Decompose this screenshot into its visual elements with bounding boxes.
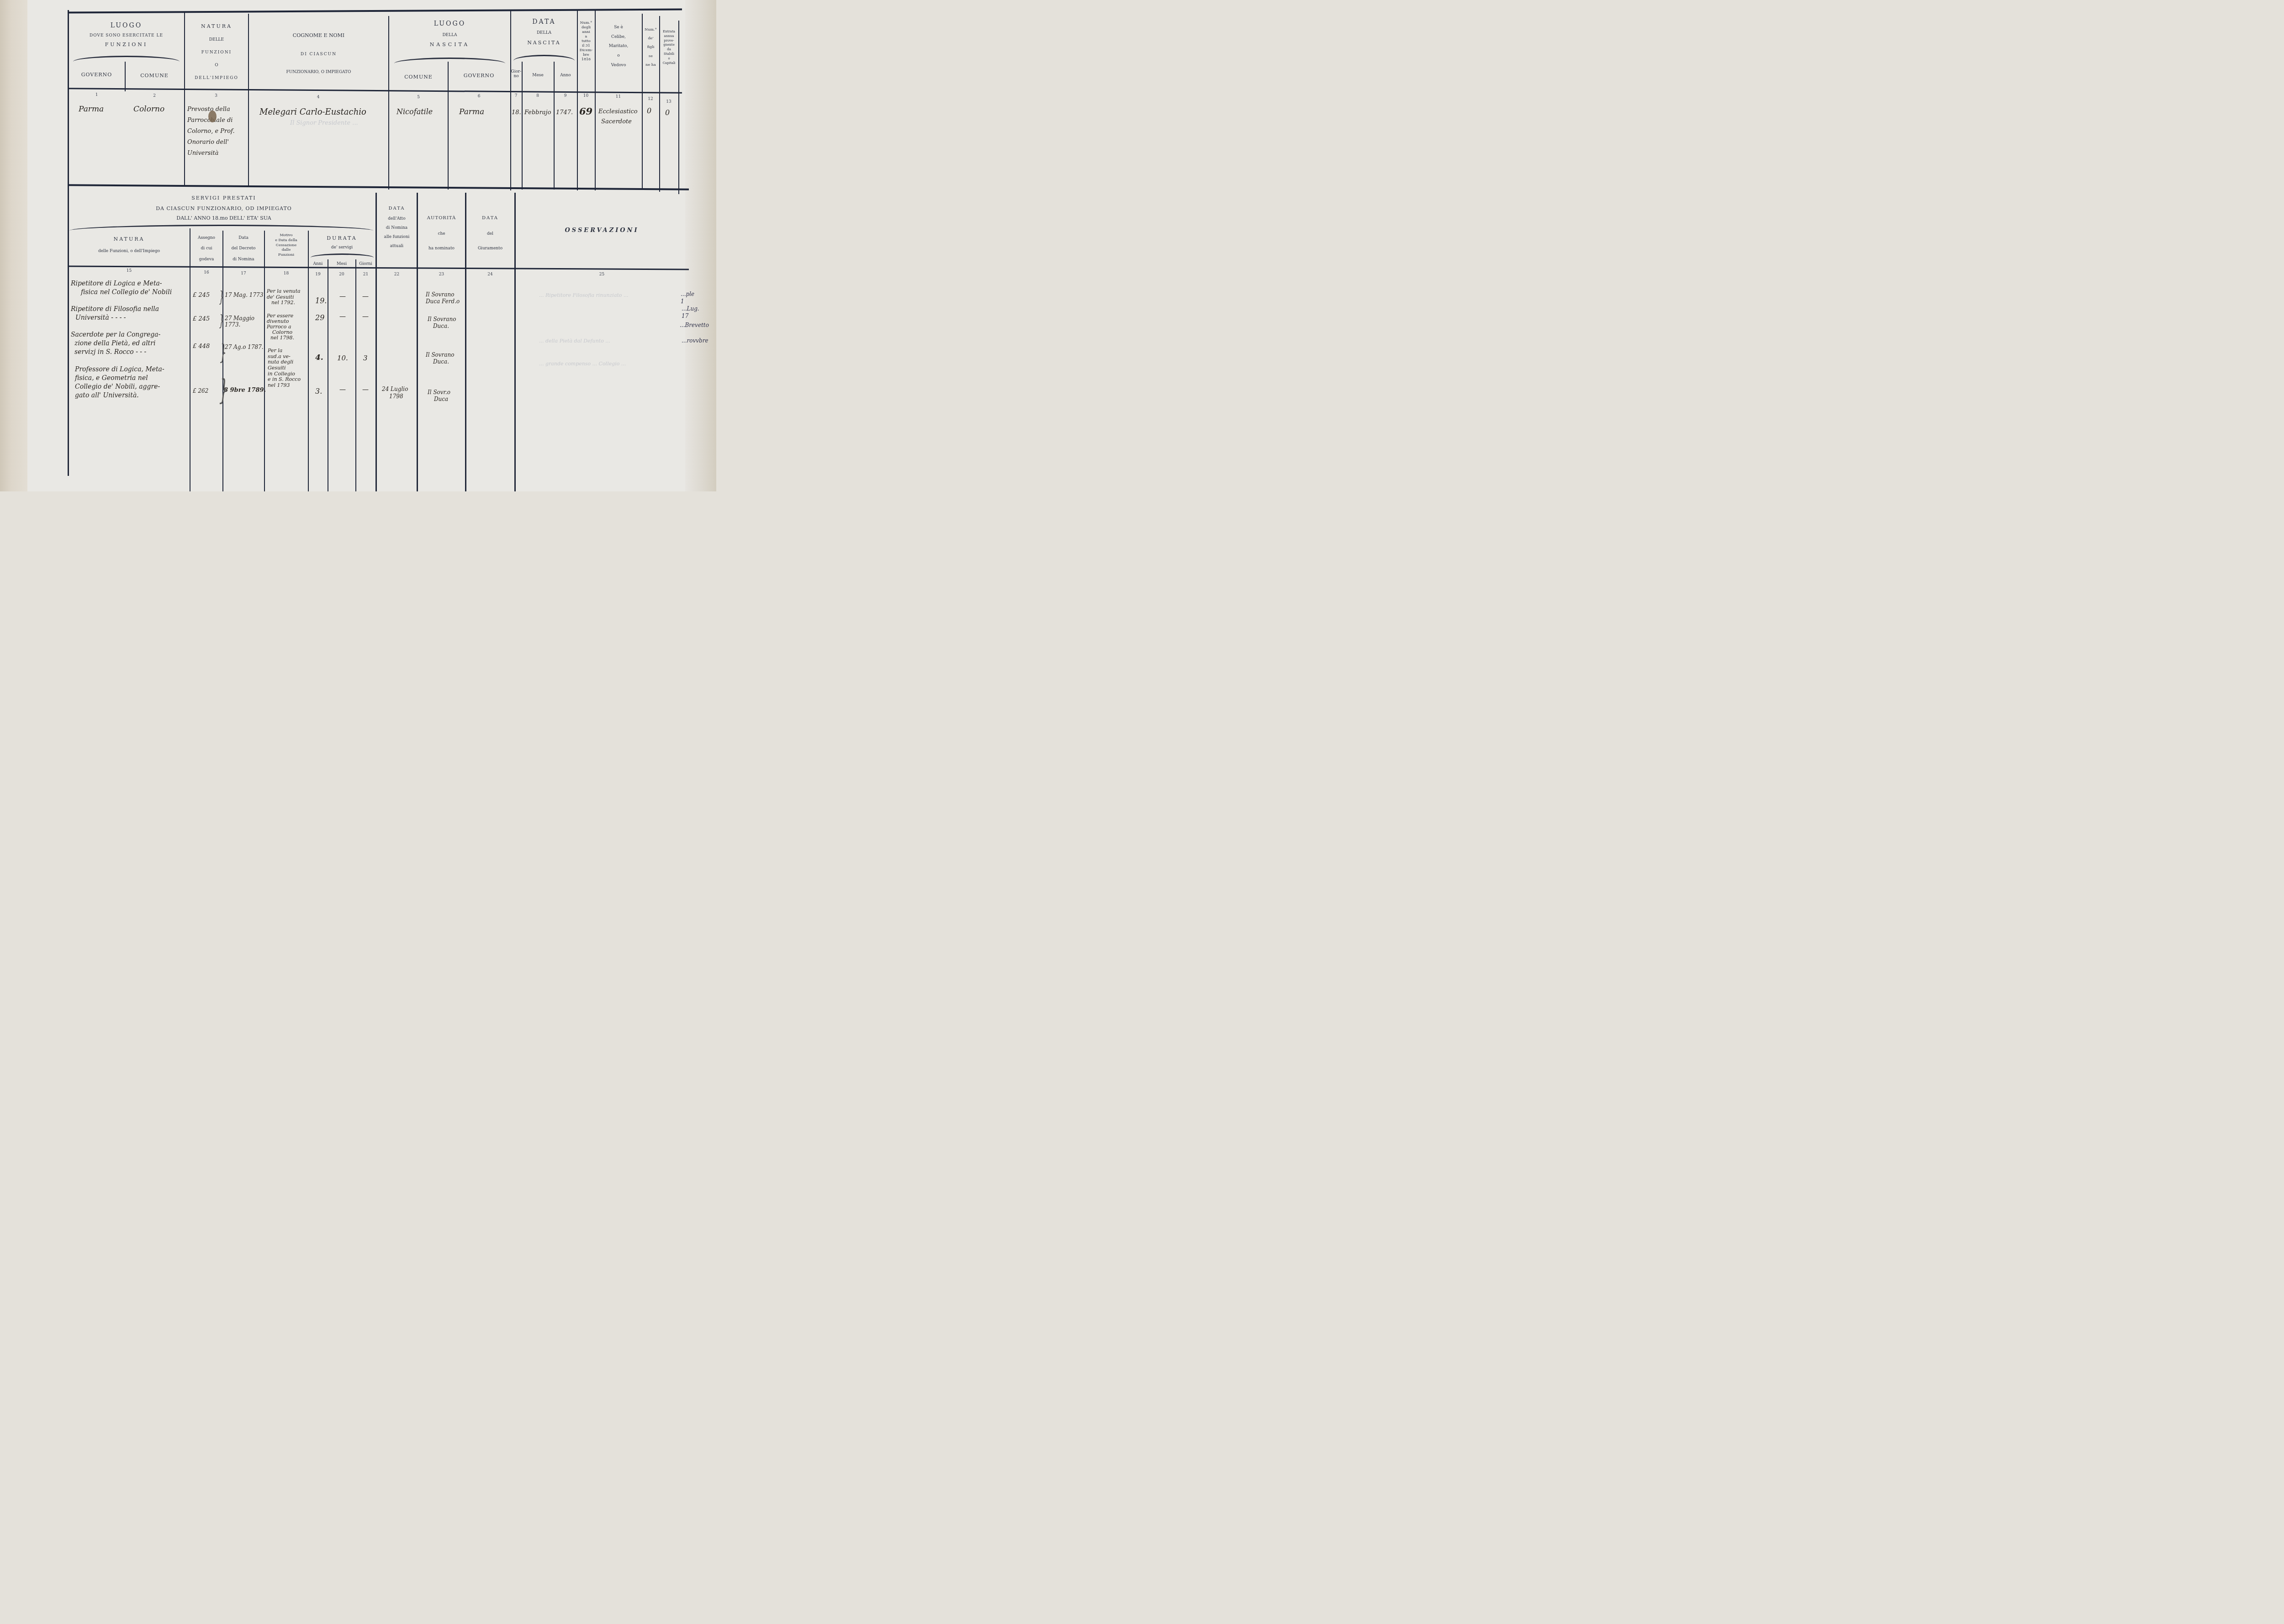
line: ne ha bbox=[642, 60, 659, 69]
entry-entrata: 0 bbox=[665, 108, 670, 118]
divider bbox=[264, 231, 265, 491]
header-num-anni: Num.° degli anni a tutto il 31 Dicem- br… bbox=[577, 21, 595, 62]
line: Maritato, bbox=[595, 42, 642, 51]
header-giorno: Gior-no bbox=[511, 69, 522, 79]
service-row-3-assegno: £ 448 bbox=[193, 343, 210, 351]
line: Il Sovrano bbox=[426, 291, 460, 298]
header-natura-l4: O bbox=[185, 63, 248, 68]
col-number: 18 bbox=[264, 271, 308, 276]
divider bbox=[190, 228, 190, 491]
line: Data bbox=[223, 233, 264, 243]
line: da bbox=[660, 47, 678, 52]
line: DATA bbox=[377, 204, 417, 214]
header-funzioni: FUNZIONI bbox=[69, 42, 184, 48]
service-row-3-autorita: Il Sovrano Duca. bbox=[426, 352, 454, 365]
line: godeva bbox=[190, 254, 222, 265]
header-autorita: AUTORITÀ che ha nominato bbox=[418, 210, 465, 256]
header-assegno: Assegno di cui godeva bbox=[190, 233, 222, 265]
service-row-4-mesi: — bbox=[339, 385, 346, 394]
line: nel 1793 bbox=[268, 383, 301, 389]
header-giorni: Giorni bbox=[356, 262, 375, 266]
line: Duca. bbox=[426, 359, 454, 365]
line: 1816 bbox=[577, 57, 595, 62]
entry-giorno: 18. bbox=[512, 109, 521, 117]
line: Duca bbox=[428, 396, 450, 403]
line: Per la bbox=[268, 348, 301, 354]
line: attuali bbox=[377, 242, 417, 251]
line: Se è bbox=[595, 23, 642, 32]
service-row-4-data: 8 9bre 1789. bbox=[224, 386, 266, 395]
header-mesi: Mesi bbox=[328, 262, 355, 266]
line: nel 1798. bbox=[267, 335, 294, 341]
line: Sacerdote per la Congrega- bbox=[71, 331, 160, 339]
divider bbox=[510, 10, 511, 190]
service-row-2-anni: 29 bbox=[315, 313, 324, 323]
col-number: 23 bbox=[418, 272, 465, 277]
line: Università bbox=[187, 148, 235, 159]
header-governo-nascita: GOVERNO bbox=[448, 73, 510, 79]
entry-governo: Parma bbox=[79, 104, 104, 115]
line: nel 1792. bbox=[267, 300, 301, 306]
header-osservazioni: OSSERVAZIONI bbox=[516, 227, 687, 234]
service-row-3-motivo: Per la sud.a ve- nuta degli Gesuiti in C… bbox=[268, 348, 301, 388]
header-mese: Mese bbox=[522, 73, 554, 78]
line: gato all' Università. bbox=[75, 391, 164, 400]
service-row-4-natura: Professore di Logica, Meta- fisica, e Ge… bbox=[75, 365, 164, 400]
header-cognome: COGNOME E NOMI bbox=[249, 33, 388, 39]
entry-eta: 69 bbox=[579, 105, 592, 118]
service-row-1-giorni: — bbox=[362, 292, 369, 301]
header-luogo-nascita-l2: DELLA bbox=[389, 33, 510, 37]
service-row-1-data: 17 Mag. 1773 bbox=[225, 291, 263, 299]
line: Vedovo bbox=[595, 61, 642, 70]
service-row-4-anni: 3. bbox=[315, 386, 322, 396]
line: ha nominato bbox=[418, 241, 465, 256]
line: Università - - - - bbox=[71, 314, 159, 322]
line: a bbox=[577, 34, 595, 39]
line: che bbox=[418, 227, 465, 241]
entry-stato: Ecclesiastico Sacerdote bbox=[598, 107, 638, 127]
header-data-nascita-l3: NASCITA bbox=[511, 40, 577, 46]
header-servigi: SERVIGI PRESTATI bbox=[105, 195, 343, 201]
divider bbox=[678, 21, 679, 194]
col-number: 6 bbox=[448, 94, 510, 99]
line: Professore di Logica, Meta- bbox=[75, 365, 164, 374]
line: annua bbox=[660, 34, 678, 39]
header-durata-sub: de' servigi bbox=[308, 245, 375, 250]
line: Per la venuta bbox=[267, 289, 301, 295]
col-number: 15 bbox=[69, 269, 190, 273]
divider bbox=[308, 231, 309, 491]
line: Ripetitore di Logica e Meta- bbox=[71, 279, 172, 288]
line: tutto bbox=[577, 39, 595, 43]
service-row-2-mesi: — bbox=[339, 312, 346, 321]
line: fisica, e Geometria nel bbox=[75, 374, 164, 383]
line: Stabili bbox=[660, 52, 678, 57]
line: 24 Luglio bbox=[382, 386, 408, 393]
line: del Decreto bbox=[223, 243, 264, 254]
service-row-1-motivo: Per la venuta de' Gesuiti nel 1792. bbox=[267, 289, 301, 306]
brace-ornament bbox=[311, 253, 374, 258]
divider bbox=[355, 259, 356, 491]
header-luogo: LUOGO bbox=[69, 22, 184, 29]
brace-ornament bbox=[69, 225, 373, 231]
line: Cessazione bbox=[264, 243, 308, 248]
line: de' bbox=[642, 34, 659, 42]
col-number: 12 bbox=[642, 97, 659, 101]
header-cognome-l3: FUNZIONARIO, O IMPIEGATO bbox=[249, 70, 388, 74]
service-row-4-data-atto: 24 Luglio 1798 bbox=[382, 386, 408, 400]
upper-top-border bbox=[68, 8, 682, 13]
col-number: 5 bbox=[389, 95, 448, 100]
service-row-2-autorita: Il Sovrano Duca. bbox=[428, 316, 456, 330]
line: Il Sovrano bbox=[426, 352, 454, 359]
line: Assegno bbox=[190, 233, 222, 243]
col-number: 10 bbox=[577, 94, 595, 98]
book-left-edge bbox=[0, 0, 27, 491]
entry-mese: Febbrajo bbox=[524, 109, 551, 117]
line: alle funzioni bbox=[377, 232, 417, 242]
header-stato-civile: Se è Celibe, Maritato, o Vedovo bbox=[595, 23, 642, 70]
entry-comune-nascita: Nicofatile bbox=[397, 107, 433, 117]
line: dalle bbox=[264, 248, 308, 253]
header-motivo: Motivo e Data della Cessazione dalle Fun… bbox=[264, 233, 308, 258]
header-num-figli: Num.° de' figli se ne ha bbox=[642, 25, 659, 69]
show-through-text: ... della Pietà dal Defunto ... bbox=[539, 338, 610, 344]
line: Num.° bbox=[577, 21, 595, 25]
service-row-1-natura: Ripetitore di Logica e Meta- fisica nel … bbox=[71, 279, 172, 297]
lower-top-border bbox=[68, 184, 689, 190]
line: il 31 bbox=[577, 43, 595, 48]
line: prove- bbox=[660, 39, 678, 43]
show-through-text: ... Ripetitore Filosofia rinunziato ... bbox=[539, 292, 628, 298]
entry-comune: Colorno bbox=[133, 104, 164, 115]
upper-header-rule bbox=[68, 88, 682, 93]
header-natura: NATURA bbox=[185, 24, 248, 30]
service-row-3-anni: 4. bbox=[315, 353, 323, 363]
header-anno: Anno bbox=[554, 73, 577, 78]
line: fisica nel Collegio de' Nobili bbox=[71, 288, 172, 297]
service-row-3-data: 27 Ag.o 1787. bbox=[225, 343, 264, 351]
col-number: 22 bbox=[377, 272, 417, 277]
service-row-1-assegno: £ 245 bbox=[193, 291, 210, 300]
service-row-2-data: 27 Maggio 1773. bbox=[225, 315, 261, 328]
margin-note: ...Lug. 17 bbox=[682, 305, 699, 320]
margin-note: ...rovvbre bbox=[682, 337, 708, 344]
line: Duca Ferd.o bbox=[426, 298, 460, 305]
col-number: 16 bbox=[190, 270, 222, 275]
line: Ecclesiastico bbox=[598, 107, 638, 117]
divider bbox=[248, 14, 249, 187]
brace-ornament bbox=[513, 55, 575, 61]
line: Duca. bbox=[428, 323, 456, 330]
col-number: 25 bbox=[516, 272, 687, 277]
header-data-nascita-l2: DELLA bbox=[511, 31, 577, 35]
col-number: 3 bbox=[184, 94, 248, 98]
header-luogo-sub: DOVE SONO ESERCITATE LE bbox=[69, 33, 184, 38]
brace-mark: } bbox=[219, 371, 228, 409]
line: dell'Atto bbox=[377, 214, 417, 223]
header-luogo-nascita: LUOGO bbox=[389, 20, 510, 27]
line: Num.° bbox=[642, 25, 659, 34]
line: bre bbox=[577, 53, 595, 57]
service-row-4-autorita: Il Sovr.o Duca bbox=[428, 389, 450, 403]
service-row-2-giorni: — bbox=[362, 312, 369, 321]
line: Onorario dell' bbox=[187, 137, 235, 148]
line: Collegio de' Nobili, aggre- bbox=[75, 383, 164, 391]
entry-governo-nascita: Parma bbox=[459, 107, 484, 117]
service-row-1-anni: 19. bbox=[315, 296, 327, 306]
line: 1798 bbox=[382, 393, 408, 401]
service-row-2-natura: Ripetitore di Filosofia nella Università… bbox=[71, 305, 159, 322]
service-row-2-motivo: Per essere divenuto Parroco a Colorno ne… bbox=[267, 313, 294, 341]
margin-note: ...Brevetto bbox=[680, 322, 709, 329]
header-natura-l3: FUNZIONI bbox=[185, 50, 248, 55]
header-governo: GOVERNO bbox=[69, 72, 125, 78]
header-entrata: Entrata annua prove- gnente da Stabili o… bbox=[660, 30, 678, 65]
col-number: 7 bbox=[510, 94, 522, 98]
header-comune: COMUNE bbox=[125, 73, 184, 79]
left-border bbox=[68, 10, 69, 476]
header-luogo-nascita-l3: NASCITA bbox=[389, 42, 510, 48]
line: Colorno, e Prof. bbox=[187, 126, 235, 137]
line: zione della Pietà, ed altri bbox=[71, 339, 160, 348]
col-number: 21 bbox=[356, 272, 375, 277]
line: di Nomina bbox=[377, 223, 417, 232]
entry-figli: 0 bbox=[647, 106, 651, 116]
service-row-2-assegno: £ 245 bbox=[193, 315, 210, 323]
line: gnente bbox=[660, 43, 678, 47]
line: o bbox=[595, 51, 642, 61]
service-row-3-mesi: 10. bbox=[337, 353, 348, 363]
divider bbox=[514, 193, 516, 491]
header-data-atto: DATA dell'Atto di Nomina alle funzioni a… bbox=[377, 204, 417, 251]
line: Gesuiti bbox=[268, 365, 301, 371]
header-natura-servizio-sub: delle Funzioni, o dell'Impiego bbox=[69, 249, 190, 253]
header-data-giuramento: DATA del Giuramento bbox=[466, 210, 514, 256]
show-through-text: Il Signor Presidente ... bbox=[290, 120, 358, 127]
line: e Data della bbox=[264, 238, 308, 243]
header-natura-l5: DELL'IMPIEGO bbox=[185, 76, 248, 80]
line: Il Sovrano bbox=[428, 316, 456, 323]
line: DATA bbox=[466, 210, 514, 227]
divider bbox=[522, 62, 523, 190]
col-number: 24 bbox=[466, 272, 514, 277]
col-number: 1 bbox=[69, 93, 125, 97]
ink-stain bbox=[208, 111, 217, 122]
line: se bbox=[642, 52, 659, 60]
line: Funzioni bbox=[264, 253, 308, 258]
col-number: 9 bbox=[554, 94, 577, 98]
col-number: 13 bbox=[659, 100, 678, 104]
line: Ripetitore di Filosofia nella bbox=[71, 305, 159, 314]
divider bbox=[448, 62, 449, 190]
brace-ornament bbox=[394, 58, 505, 63]
header-data-nascita: DATA bbox=[511, 18, 577, 26]
header-data-decreto: Data del Decreto di Nomina bbox=[223, 233, 264, 265]
line: degli bbox=[577, 25, 595, 30]
header-cognome-l2: DI CIASCUN bbox=[249, 52, 388, 57]
show-through-text: ... grande compenso ... Collegio ... bbox=[539, 361, 626, 367]
line: Entrata bbox=[660, 30, 678, 34]
line: o bbox=[660, 57, 678, 61]
service-row-3-natura: Sacerdote per la Congrega- zione della P… bbox=[71, 331, 160, 357]
header-anni: Anni bbox=[308, 262, 328, 266]
line: Celibe, bbox=[595, 32, 642, 42]
brace-mark: } bbox=[220, 338, 227, 366]
register-sheet: LUOGO DOVE SONO ESERCITATE LE FUNZIONI G… bbox=[27, 0, 685, 491]
line: servizj in S. Rocco - - - bbox=[71, 348, 160, 357]
col-number: 8 bbox=[522, 94, 554, 98]
header-servigi-l3: DALL' ANNO 18.mo DELL' ETA' SUA bbox=[105, 216, 343, 221]
col-number: 19 bbox=[308, 272, 328, 277]
service-row-1-mesi: — bbox=[339, 292, 346, 301]
entry-nome: Melegari Carlo-Eustachio bbox=[259, 107, 366, 118]
line: di Nomina bbox=[223, 254, 264, 265]
header-servigi-l2: DA CIASCUN FUNZIONARIO, OD IMPIEGATO bbox=[105, 206, 343, 212]
brace-ornament bbox=[73, 56, 180, 62]
service-row-4-assegno: £ 262 bbox=[193, 387, 208, 395]
header-durata: DURATA bbox=[308, 236, 375, 242]
col-number: 17 bbox=[223, 271, 264, 276]
divider bbox=[554, 62, 555, 190]
header-natura-l2: DELLE bbox=[185, 37, 248, 42]
header-comune-nascita: COMUNE bbox=[389, 74, 448, 80]
divider bbox=[328, 259, 328, 491]
line: figli bbox=[642, 42, 659, 51]
line: del bbox=[466, 227, 514, 241]
line: AUTORITÀ bbox=[418, 210, 465, 227]
line: anni bbox=[577, 30, 595, 34]
brace-mark: } bbox=[219, 287, 224, 308]
line: di cui bbox=[190, 243, 222, 254]
line: Motivo bbox=[264, 233, 308, 238]
line: Sacerdote bbox=[598, 117, 638, 127]
header-natura-servizio: NATURA bbox=[69, 237, 190, 243]
line: Giuramento bbox=[466, 241, 514, 256]
line: e in S. Rocco bbox=[268, 377, 301, 383]
line: Il Sovr.o bbox=[428, 389, 450, 396]
line: Dicem- bbox=[577, 48, 595, 53]
brace-mark: } bbox=[219, 311, 224, 332]
col-number: 2 bbox=[125, 94, 184, 98]
margin-note: ...ple 1 bbox=[681, 290, 694, 305]
next-page-edge bbox=[683, 0, 716, 491]
col-number: 4 bbox=[248, 95, 388, 100]
line: Capitali bbox=[660, 61, 678, 66]
entry-anno: 1747. bbox=[556, 109, 573, 117]
col-number: 11 bbox=[595, 95, 642, 99]
col-number: 20 bbox=[328, 272, 355, 277]
service-row-1-autorita: Il Sovrano Duca Ferd.o bbox=[426, 291, 460, 305]
service-row-4-giorni: — bbox=[362, 385, 369, 394]
service-row-3-giorni: 3 bbox=[363, 353, 368, 363]
